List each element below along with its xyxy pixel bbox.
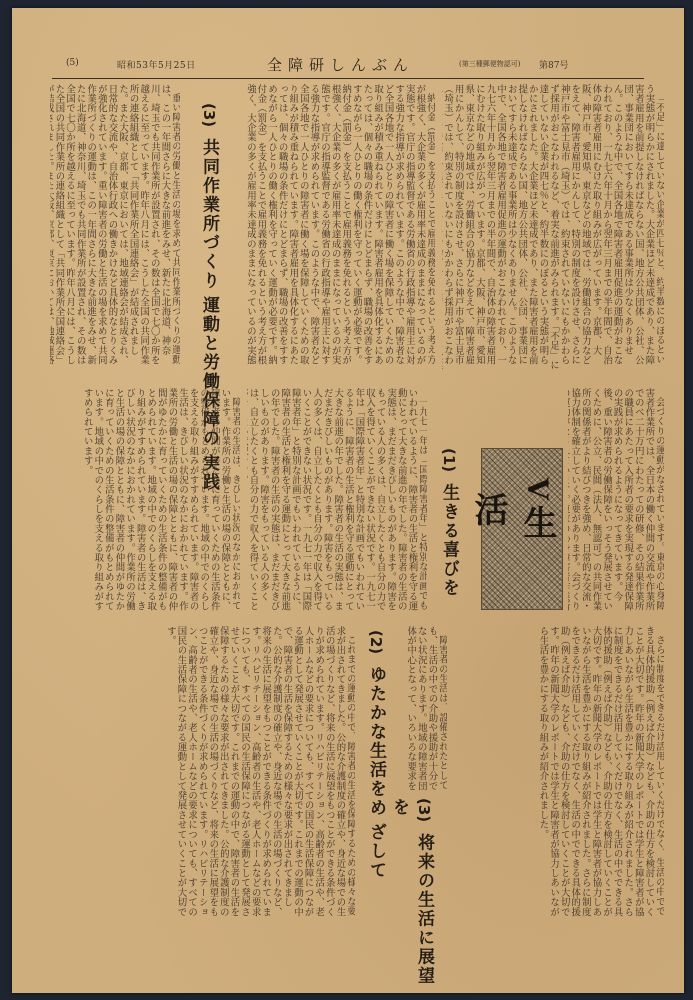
article-middle-right: 会づくりの運動がなされています。東京の心身障害者作業所では、全日本の働く仲間の交…	[568, 388, 664, 618]
paragraph: 「不足」に達していない企業が四七％と、約半数にのぼるという実態が明らかにされまし…	[442, 84, 664, 374]
section-heading-2-rich-life: (2) ゆたかな生活をめ ざして	[364, 630, 389, 880]
paragraph: これまでの運動の中で、障害者の生活を保障するための様々な要求が出されてきました。…	[164, 626, 355, 926]
issue-number: 第87号	[539, 58, 568, 71]
section-number: (2)	[367, 630, 385, 654]
paragraph: 重い障害者の労働と生活の場を求めて共同作業所づくりの運動は、この一年間さらに大き…	[50, 84, 180, 374]
section-number: (3)	[415, 798, 433, 822]
paragraph: 障害者の生活は、設備されたとしても、生活の中での介助や援助が十分でない状況にあり…	[407, 626, 447, 796]
section-number: (1)	[440, 448, 458, 472]
newspaper-title: 全障研しんぶん	[267, 54, 414, 75]
paragraph: 一九七一年は「国際障害者年」と特別な計画でもいわれているように、障害者の生活と権…	[247, 388, 427, 618]
section-title: を	[389, 798, 409, 817]
section-title: ざして	[366, 823, 386, 880]
paragraph: 会づくりの運動がなされています。東京の心身障害者作業所では、全日本の働く仲間の交…	[568, 388, 664, 618]
section-title: ゆたかな生活をめ	[366, 666, 386, 818]
paragraph: 障害者の生活は、きびしい状況のなかにおかれています。作業所の労働と生活の場の保障…	[81, 388, 240, 618]
article-top-left: 重い障害者の労働と生活の場を求めて共同作業所づくりの運動は、この一年間さらに大き…	[50, 84, 180, 374]
article-bottom-center-a: 障害者の生活は、設備されたとしても、生活の中での介助や援助が十分でない状況にあり…	[407, 626, 447, 796]
chapter-title: 生活	[468, 492, 557, 580]
article-middle-center: 一九七一年は「国際障害者年」と特別な計画でもいわれているように、障害者の生活と権…	[247, 388, 427, 618]
section-title: 生きる喜びを	[439, 484, 459, 598]
section-title: 共同作業所づくり	[199, 139, 219, 291]
section-heading-1-joy: (1) 生きる喜びを	[437, 448, 462, 598]
article-bottom-right: さらに制度をできるだけ活用していくだけでなく、生活の中でできる具体的援助（例えば…	[452, 626, 664, 926]
masthead-rule	[52, 78, 644, 79]
section-heading-3-future: (3) 将来の生活に展望 を	[387, 798, 437, 993]
paragraph: さらに制度をできるだけ活用していくだけでなく、生活の中でできる具体的援助（例えば…	[537, 626, 664, 926]
chapter-banner: V 生活	[481, 448, 563, 610]
postal-permit: (第三種郵便物認可)	[459, 59, 520, 69]
article-middle-left: 障害者の生活は、きびしい状況のなかにおかれています。作業所の労働と生活の場の保障…	[50, 388, 240, 618]
section-title: 将来の生活に展望	[414, 834, 434, 986]
section-number: (3)	[200, 103, 218, 127]
page-number: (5)	[66, 58, 79, 68]
article-bottom-left: これまでの運動の中で、障害者の生活を保障するための様々な要求が出されてきました。…	[50, 626, 355, 926]
masthead: (5) 昭和53年5月25日 全障研しんぶん (第三種郵便物認可) 第87号	[52, 54, 642, 74]
issue-date: 昭和53年5月25日	[117, 58, 196, 71]
newspaper-page: (5) 昭和53年5月25日 全障研しんぶん (第三種郵便物認可) 第87号 「…	[12, 8, 684, 993]
article-top-center: 納付金（罰金）を支払うことで雇用義務を免れるという考え方が根強く、大企業の多くが…	[247, 84, 435, 374]
chapter-numeral: V	[521, 478, 554, 500]
paragraph: 納付金（罰金）を支払うことで雇用義務を免れるという考え方が根強く、大企業の多くが…	[247, 84, 435, 374]
article-top-right: 「不足」に達していない企業が四七％と、約半数にのぼるという実態が明らかにされまし…	[442, 84, 664, 374]
